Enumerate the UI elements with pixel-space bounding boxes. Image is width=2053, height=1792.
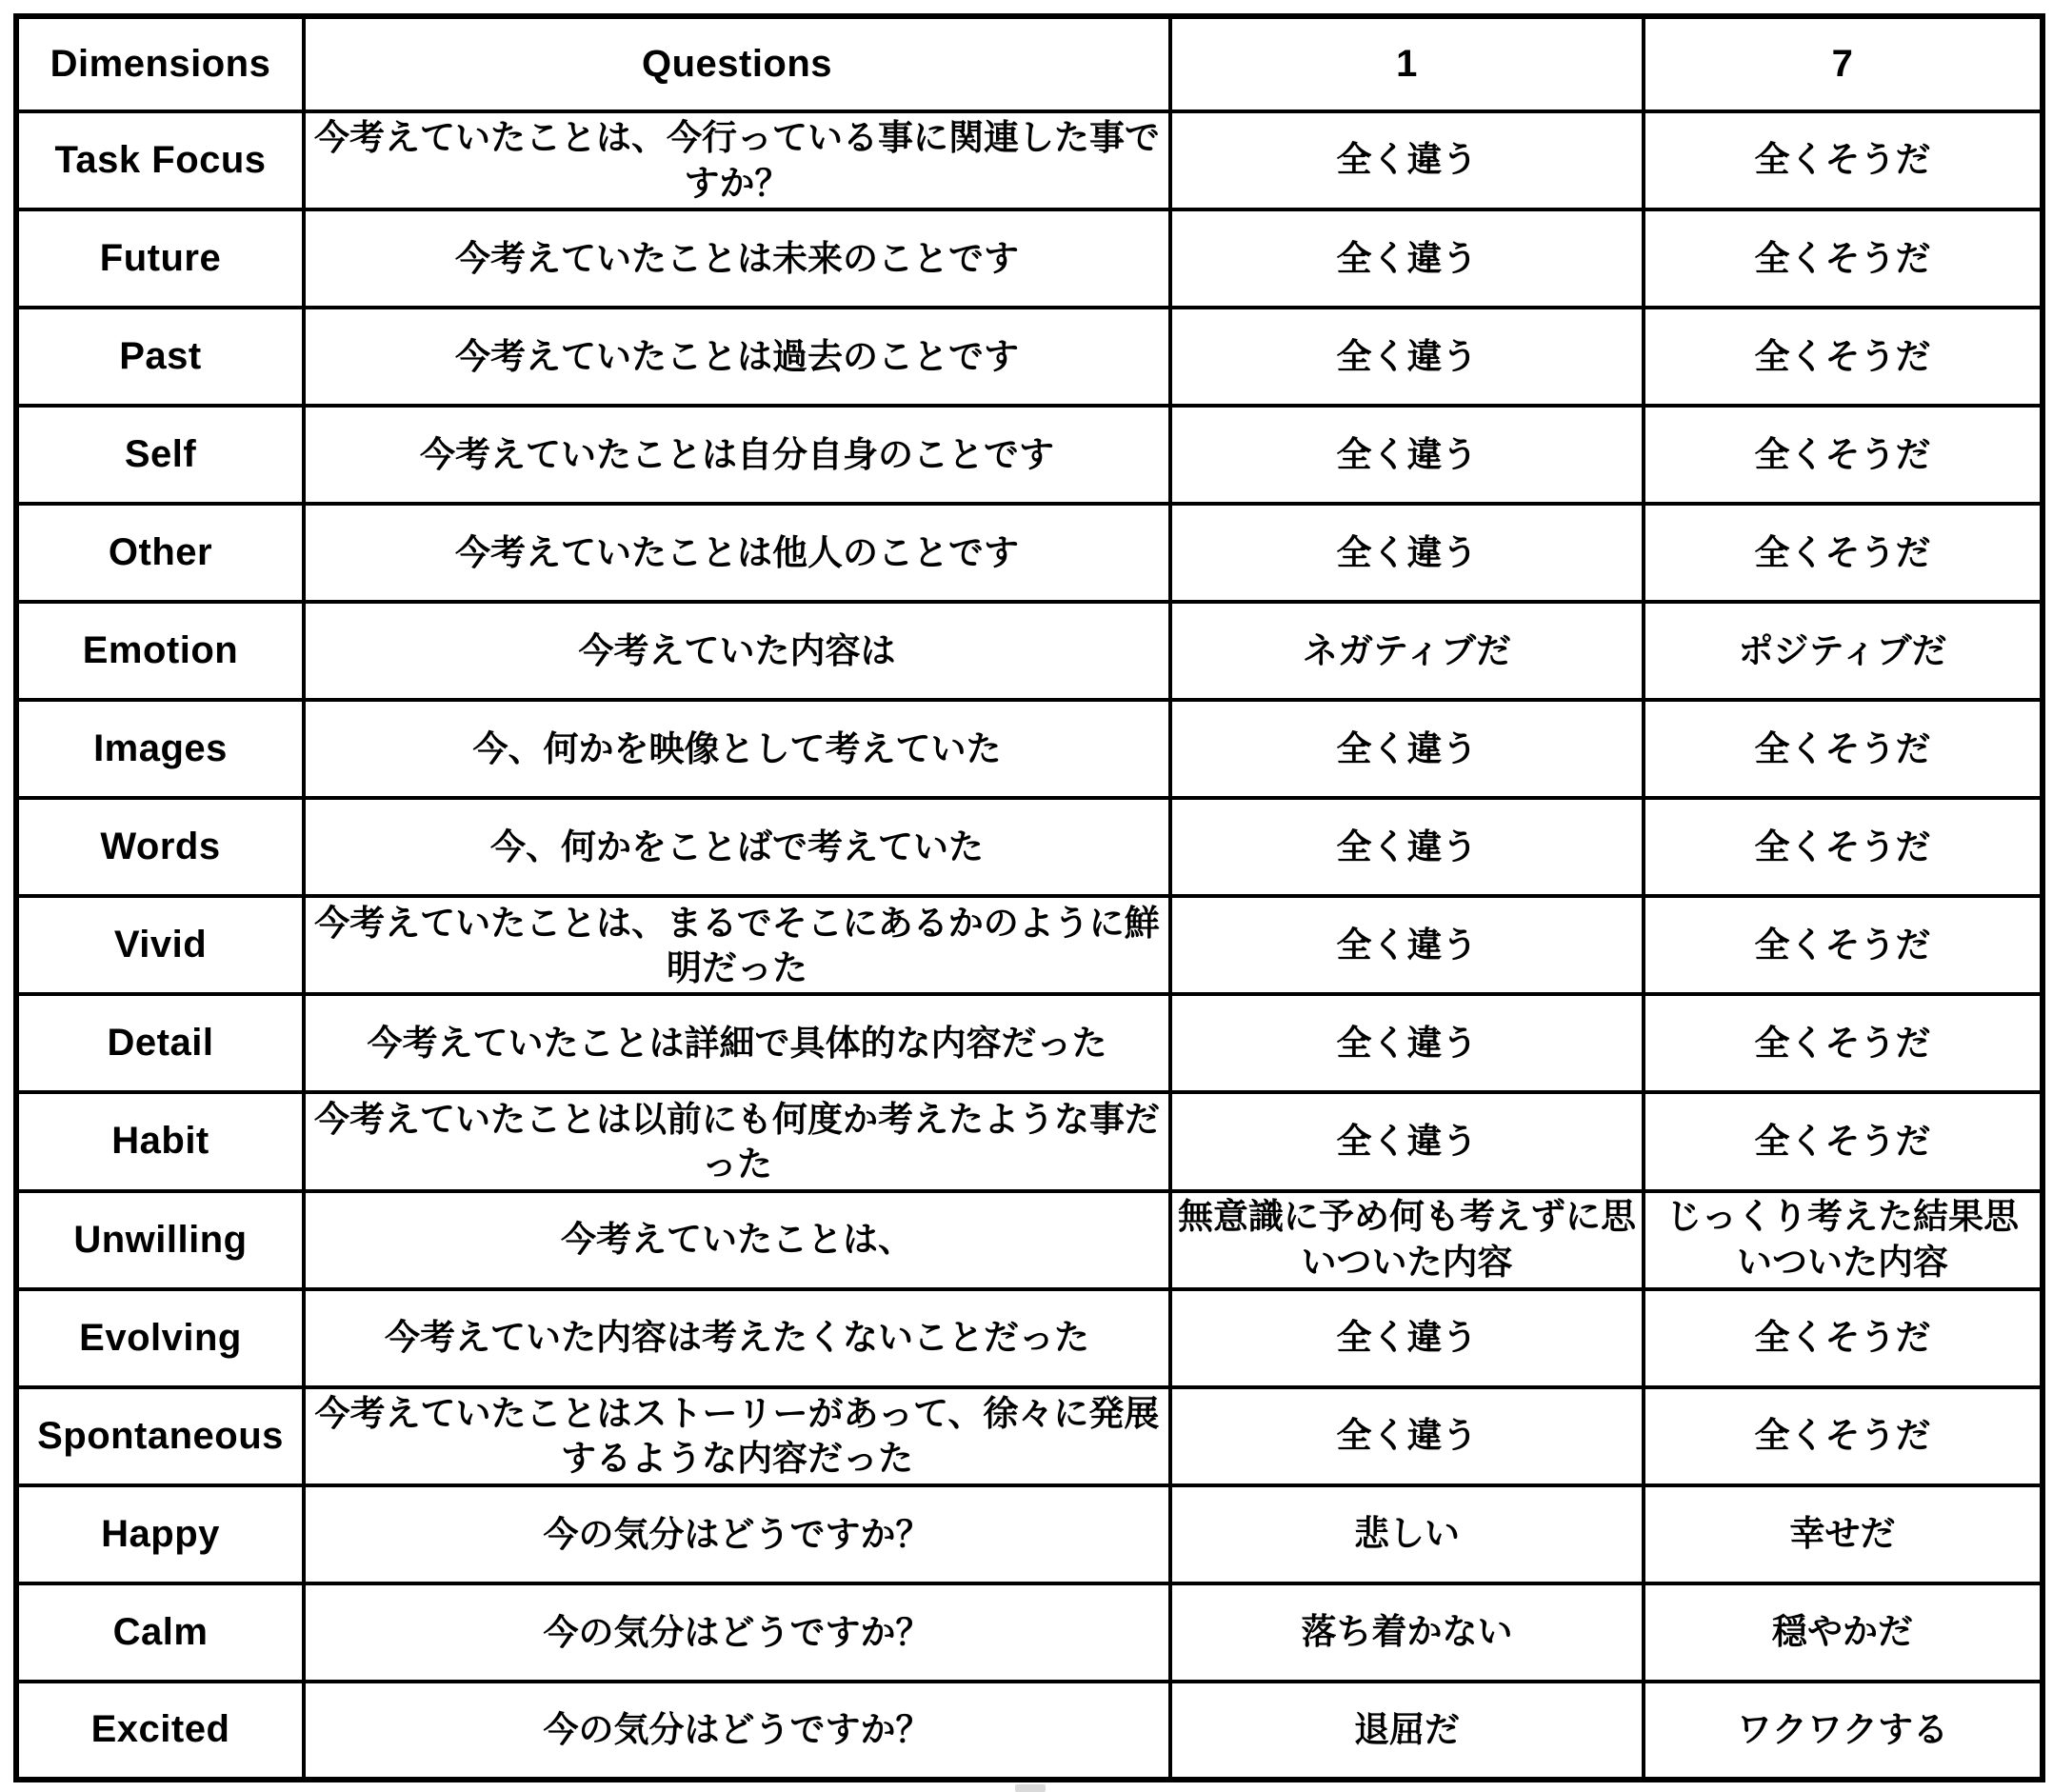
scale-high-anchor-cell: じっくり考えた結果思いついた内容 [1644, 1191, 2043, 1289]
question-cell: 今、何かをことばで考えていた [304, 798, 1170, 896]
dimension-cell: Self [16, 406, 304, 504]
question-cell: 今考えていたことは過去のことです [304, 308, 1170, 406]
table-row: Unwilling 今考えていたことは、 無意識に予め何も考えずに思いついた内容… [16, 1191, 2043, 1289]
dimension-cell: Vivid [16, 896, 304, 994]
dimension-cell: Happy [16, 1485, 304, 1583]
table-row: Vivid 今考えていたことは、まるでそこにあるかのように鮮明だった 全く違う … [16, 896, 2043, 994]
table-row: Habit 今考えていたことは以前にも何度か考えたような事だった 全く違う 全く… [16, 1092, 2043, 1190]
table-row: Other 今考えていたことは他人のことです 全く違う 全くそうだ [16, 504, 2043, 602]
dimension-cell: Task Focus [16, 111, 304, 209]
scale-high-anchor-cell: 穏やかだ [1644, 1583, 2043, 1682]
question-cell: 今考えていたことは詳細で具体的な内容だった [304, 994, 1170, 1092]
dimension-cell: Excited [16, 1682, 304, 1780]
scale-high-anchor-cell: 全くそうだ [1644, 1289, 2043, 1387]
scale-low-anchor-cell: 退屈だ [1170, 1682, 1644, 1780]
table-row: Excited 今の気分はどうですか？ 退屈だ ワクワクする [16, 1682, 2043, 1780]
scale-high-anchor-cell: 全くそうだ [1644, 1387, 2043, 1485]
dimension-cell: Detail [16, 994, 304, 1092]
header-scale-low: 1 [1170, 16, 1644, 111]
dimension-cell: Other [16, 504, 304, 602]
scale-high-anchor-cell: 全くそうだ [1644, 209, 2043, 308]
question-cell: 今考えていたことは以前にも何度か考えたような事だった [304, 1092, 1170, 1190]
table-row: Task Focus 今考えていたことは、今行っている事に関連した事ですか？ 全… [16, 111, 2043, 209]
scale-high-anchor-cell: 全くそうだ [1644, 896, 2043, 994]
table-row: Detail 今考えていたことは詳細で具体的な内容だった 全く違う 全くそうだ [16, 994, 2043, 1092]
page: Dimensions Questions 1 7 Task Focus 今考えて… [0, 0, 2053, 1792]
scale-low-anchor-cell: 全く違う [1170, 798, 1644, 896]
scale-low-anchor-cell: 全く違う [1170, 1289, 1644, 1387]
dimension-cell: Unwilling [16, 1191, 304, 1289]
scale-high-anchor-cell: 全くそうだ [1644, 504, 2043, 602]
scale-low-anchor-cell: 全く違う [1170, 1092, 1644, 1190]
table-row: Self 今考えていたことは自分自身のことです 全く違う 全くそうだ [16, 406, 2043, 504]
scale-low-anchor-cell: 全く違う [1170, 406, 1644, 504]
header-scale-high: 7 [1644, 16, 2043, 111]
table-row: Happy 今の気分はどうですか？ 悲しい 幸せだ [16, 1485, 2043, 1583]
scale-low-anchor-cell: 全く違う [1170, 308, 1644, 406]
dimension-cell: Past [16, 308, 304, 406]
dimension-cell: Words [16, 798, 304, 896]
table-row: Evolving 今考えていた内容は考えたくないことだった 全く違う 全くそうだ [16, 1289, 2043, 1387]
scale-low-anchor-cell: ネガティブだ [1170, 602, 1644, 700]
header-questions: Questions [304, 16, 1170, 111]
scale-low-anchor-cell: 全く違う [1170, 700, 1644, 798]
dimension-cell: Future [16, 209, 304, 308]
scale-high-anchor-cell: 全くそうだ [1644, 308, 2043, 406]
dimension-cell: Calm [16, 1583, 304, 1682]
question-cell: 今考えていた内容は [304, 602, 1170, 700]
scale-high-anchor-cell: 全くそうだ [1644, 111, 2043, 209]
table-row: Future 今考えていたことは未来のことです 全く違う 全くそうだ [16, 209, 2043, 308]
scale-high-anchor-cell: 全くそうだ [1644, 994, 2043, 1092]
table-row: Words 今、何かをことばで考えていた 全く違う 全くそうだ [16, 798, 2043, 896]
question-cell: 今考えていたことは、今行っている事に関連した事ですか？ [304, 111, 1170, 209]
scale-low-anchor-cell: 悲しい [1170, 1485, 1644, 1583]
table-row: Spontaneous 今考えていたことはストーリーがあって、徐々に発展するよう… [16, 1387, 2043, 1485]
scale-high-anchor-cell: 全くそうだ [1644, 1092, 2043, 1190]
scale-high-anchor-cell: 幸せだ [1644, 1485, 2043, 1583]
scale-high-anchor-cell: 全くそうだ [1644, 406, 2043, 504]
question-cell: 今考えていたことは他人のことです [304, 504, 1170, 602]
table-row: Images 今、何かを映像として考えていた 全く違う 全くそうだ [16, 700, 2043, 798]
table-row: Past 今考えていたことは過去のことです 全く違う 全くそうだ [16, 308, 2043, 406]
dimension-cell: Images [16, 700, 304, 798]
question-cell: 今考えていたことはストーリーがあって、徐々に発展するような内容だった [304, 1387, 1170, 1485]
scale-high-anchor-cell: 全くそうだ [1644, 700, 2043, 798]
scale-low-anchor-cell: 全く違う [1170, 896, 1644, 994]
scale-low-anchor-cell: 落ち着かない [1170, 1583, 1644, 1682]
scale-high-anchor-cell: ポジティブだ [1644, 602, 2043, 700]
scrollbar-artifact [1015, 1784, 1046, 1792]
scale-low-anchor-cell: 全く違う [1170, 1387, 1644, 1485]
scale-low-anchor-cell: 無意識に予め何も考えずに思いついた内容 [1170, 1191, 1644, 1289]
dimension-cell: Evolving [16, 1289, 304, 1387]
dimension-cell: Emotion [16, 602, 304, 700]
table-row: Calm 今の気分はどうですか？ 落ち着かない 穏やかだ [16, 1583, 2043, 1682]
header-dimensions: Dimensions [16, 16, 304, 111]
question-cell: 今考えていたことは、まるでそこにあるかのように鮮明だった [304, 896, 1170, 994]
question-cell: 今の気分はどうですか？ [304, 1682, 1170, 1780]
question-cell: 今の気分はどうですか？ [304, 1485, 1170, 1583]
dimension-cell: Habit [16, 1092, 304, 1190]
question-cell: 今考えていた内容は考えたくないことだった [304, 1289, 1170, 1387]
question-cell: 今考えていたことは、 [304, 1191, 1170, 1289]
question-cell: 今考えていたことは未来のことです [304, 209, 1170, 308]
header-row: Dimensions Questions 1 7 [16, 16, 2043, 111]
scale-low-anchor-cell: 全く違う [1170, 504, 1644, 602]
table-row: Emotion 今考えていた内容は ネガティブだ ポジティブだ [16, 602, 2043, 700]
questionnaire-table: Dimensions Questions 1 7 Task Focus 今考えて… [13, 13, 2045, 1782]
question-cell: 今考えていたことは自分自身のことです [304, 406, 1170, 504]
scale-high-anchor-cell: ワクワクする [1644, 1682, 2043, 1780]
question-cell: 今、何かを映像として考えていた [304, 700, 1170, 798]
scale-low-anchor-cell: 全く違う [1170, 111, 1644, 209]
scale-low-anchor-cell: 全く違う [1170, 209, 1644, 308]
question-cell: 今の気分はどうですか？ [304, 1583, 1170, 1682]
scale-low-anchor-cell: 全く違う [1170, 994, 1644, 1092]
scale-high-anchor-cell: 全くそうだ [1644, 798, 2043, 896]
dimension-cell: Spontaneous [16, 1387, 304, 1485]
